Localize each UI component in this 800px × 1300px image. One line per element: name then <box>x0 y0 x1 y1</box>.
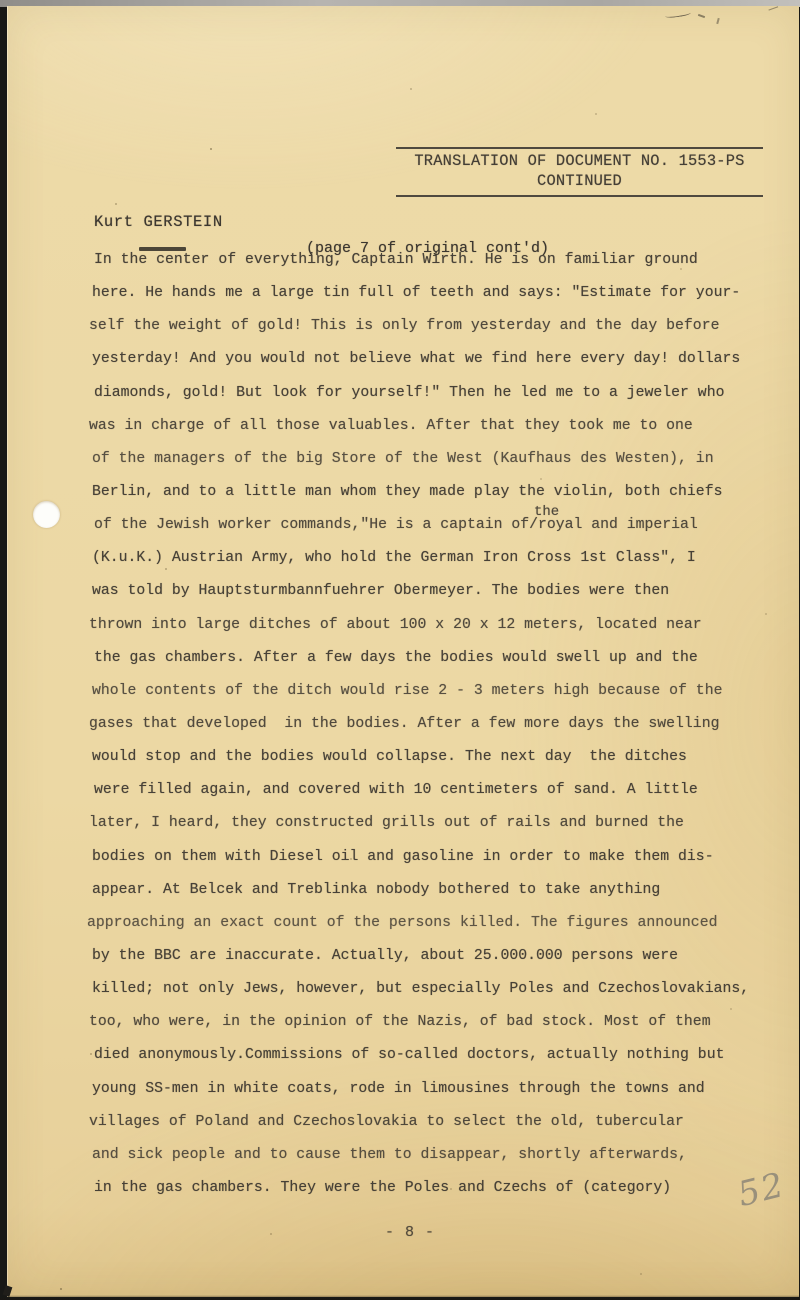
typed-line: of the Jewish worker commands,"He is a c… <box>94 509 782 542</box>
typed-line: whole contents of the ditch would rise 2… <box>92 675 782 708</box>
typed-line: by the BBC are inaccurate. Actually, abo… <box>92 940 782 973</box>
typed-line: killed; not only Jews, however, but espe… <box>92 973 782 1006</box>
typed-line: bodies on them with Diesel oil and gasol… <box>92 841 782 874</box>
typed-line: approaching an exact count of the person… <box>87 907 782 940</box>
typed-line: diamonds, gold! But look for yourself!" … <box>94 377 782 410</box>
typed-line: (K.u.K.) Austrian Army, who hold the Ger… <box>92 542 782 575</box>
header-continued: CONTINUED <box>396 171 763 191</box>
scanned-document-photo: { "header": { "title_line": "TRANSLATION… <box>0 0 800 1300</box>
photo-bottom-edge <box>0 1295 800 1300</box>
typed-line: gases that developed in the bodies. Afte… <box>89 708 782 741</box>
typed-line: of the managers of the big Store of the … <box>92 443 782 476</box>
typed-line: was in charge of all those valuables. Af… <box>89 410 782 443</box>
hole-punch <box>33 501 60 528</box>
paper-speckles <box>210 148 212 150</box>
typed-line: in the gas chambers. They were the Poles… <box>94 1172 782 1205</box>
typed-line: were filled again, and covered with 10 c… <box>94 774 782 807</box>
typed-line: died anonymously.Commissions of so-calle… <box>94 1039 782 1072</box>
typed-line: and sick people and to cause them to dis… <box>92 1139 782 1172</box>
typed-line: the gas chambers. After a few days the b… <box>94 642 782 675</box>
typed-line: later, I heard, they constructed grills … <box>89 807 782 840</box>
document-header: TRANSLATION OF DOCUMENT NO. 1553-PS CONT… <box>396 147 763 197</box>
typed-line: Berlin, and to a little man whom they ma… <box>92 476 782 509</box>
typed-body: In the center of everything, Captain Wir… <box>92 244 782 1205</box>
typed-line: would stop and the bodies would collapse… <box>92 741 782 774</box>
typed-line: villages of Poland and Czechoslovakia to… <box>89 1106 782 1139</box>
typed-line: yesterday! And you would not believe wha… <box>92 343 782 376</box>
typed-line: appear. At Belcek and Treblinka nobody b… <box>92 874 782 907</box>
inserted-correction-word: the <box>534 504 559 520</box>
page-number: - 8 - <box>385 1224 435 1241</box>
typed-line: young SS-men in white coats, rode in lim… <box>92 1073 782 1106</box>
typed-line: thrown into large ditches of about 100 x… <box>89 609 782 642</box>
header-title: TRANSLATION OF DOCUMENT NO. 1553-PS <box>396 151 763 171</box>
author-name: Kurt GERSTEIN <box>94 213 223 231</box>
typed-line: In the center of everything, Captain Wir… <box>94 244 782 277</box>
typed-line: here. He hands me a large tin full of te… <box>92 277 782 310</box>
typed-line: too, who were, in the opinion of the Naz… <box>89 1006 782 1039</box>
typed-line: was told by Hauptsturmbannfuehrer Oberme… <box>92 575 782 608</box>
typed-line: self the weight of gold! This is only fr… <box>89 310 782 343</box>
